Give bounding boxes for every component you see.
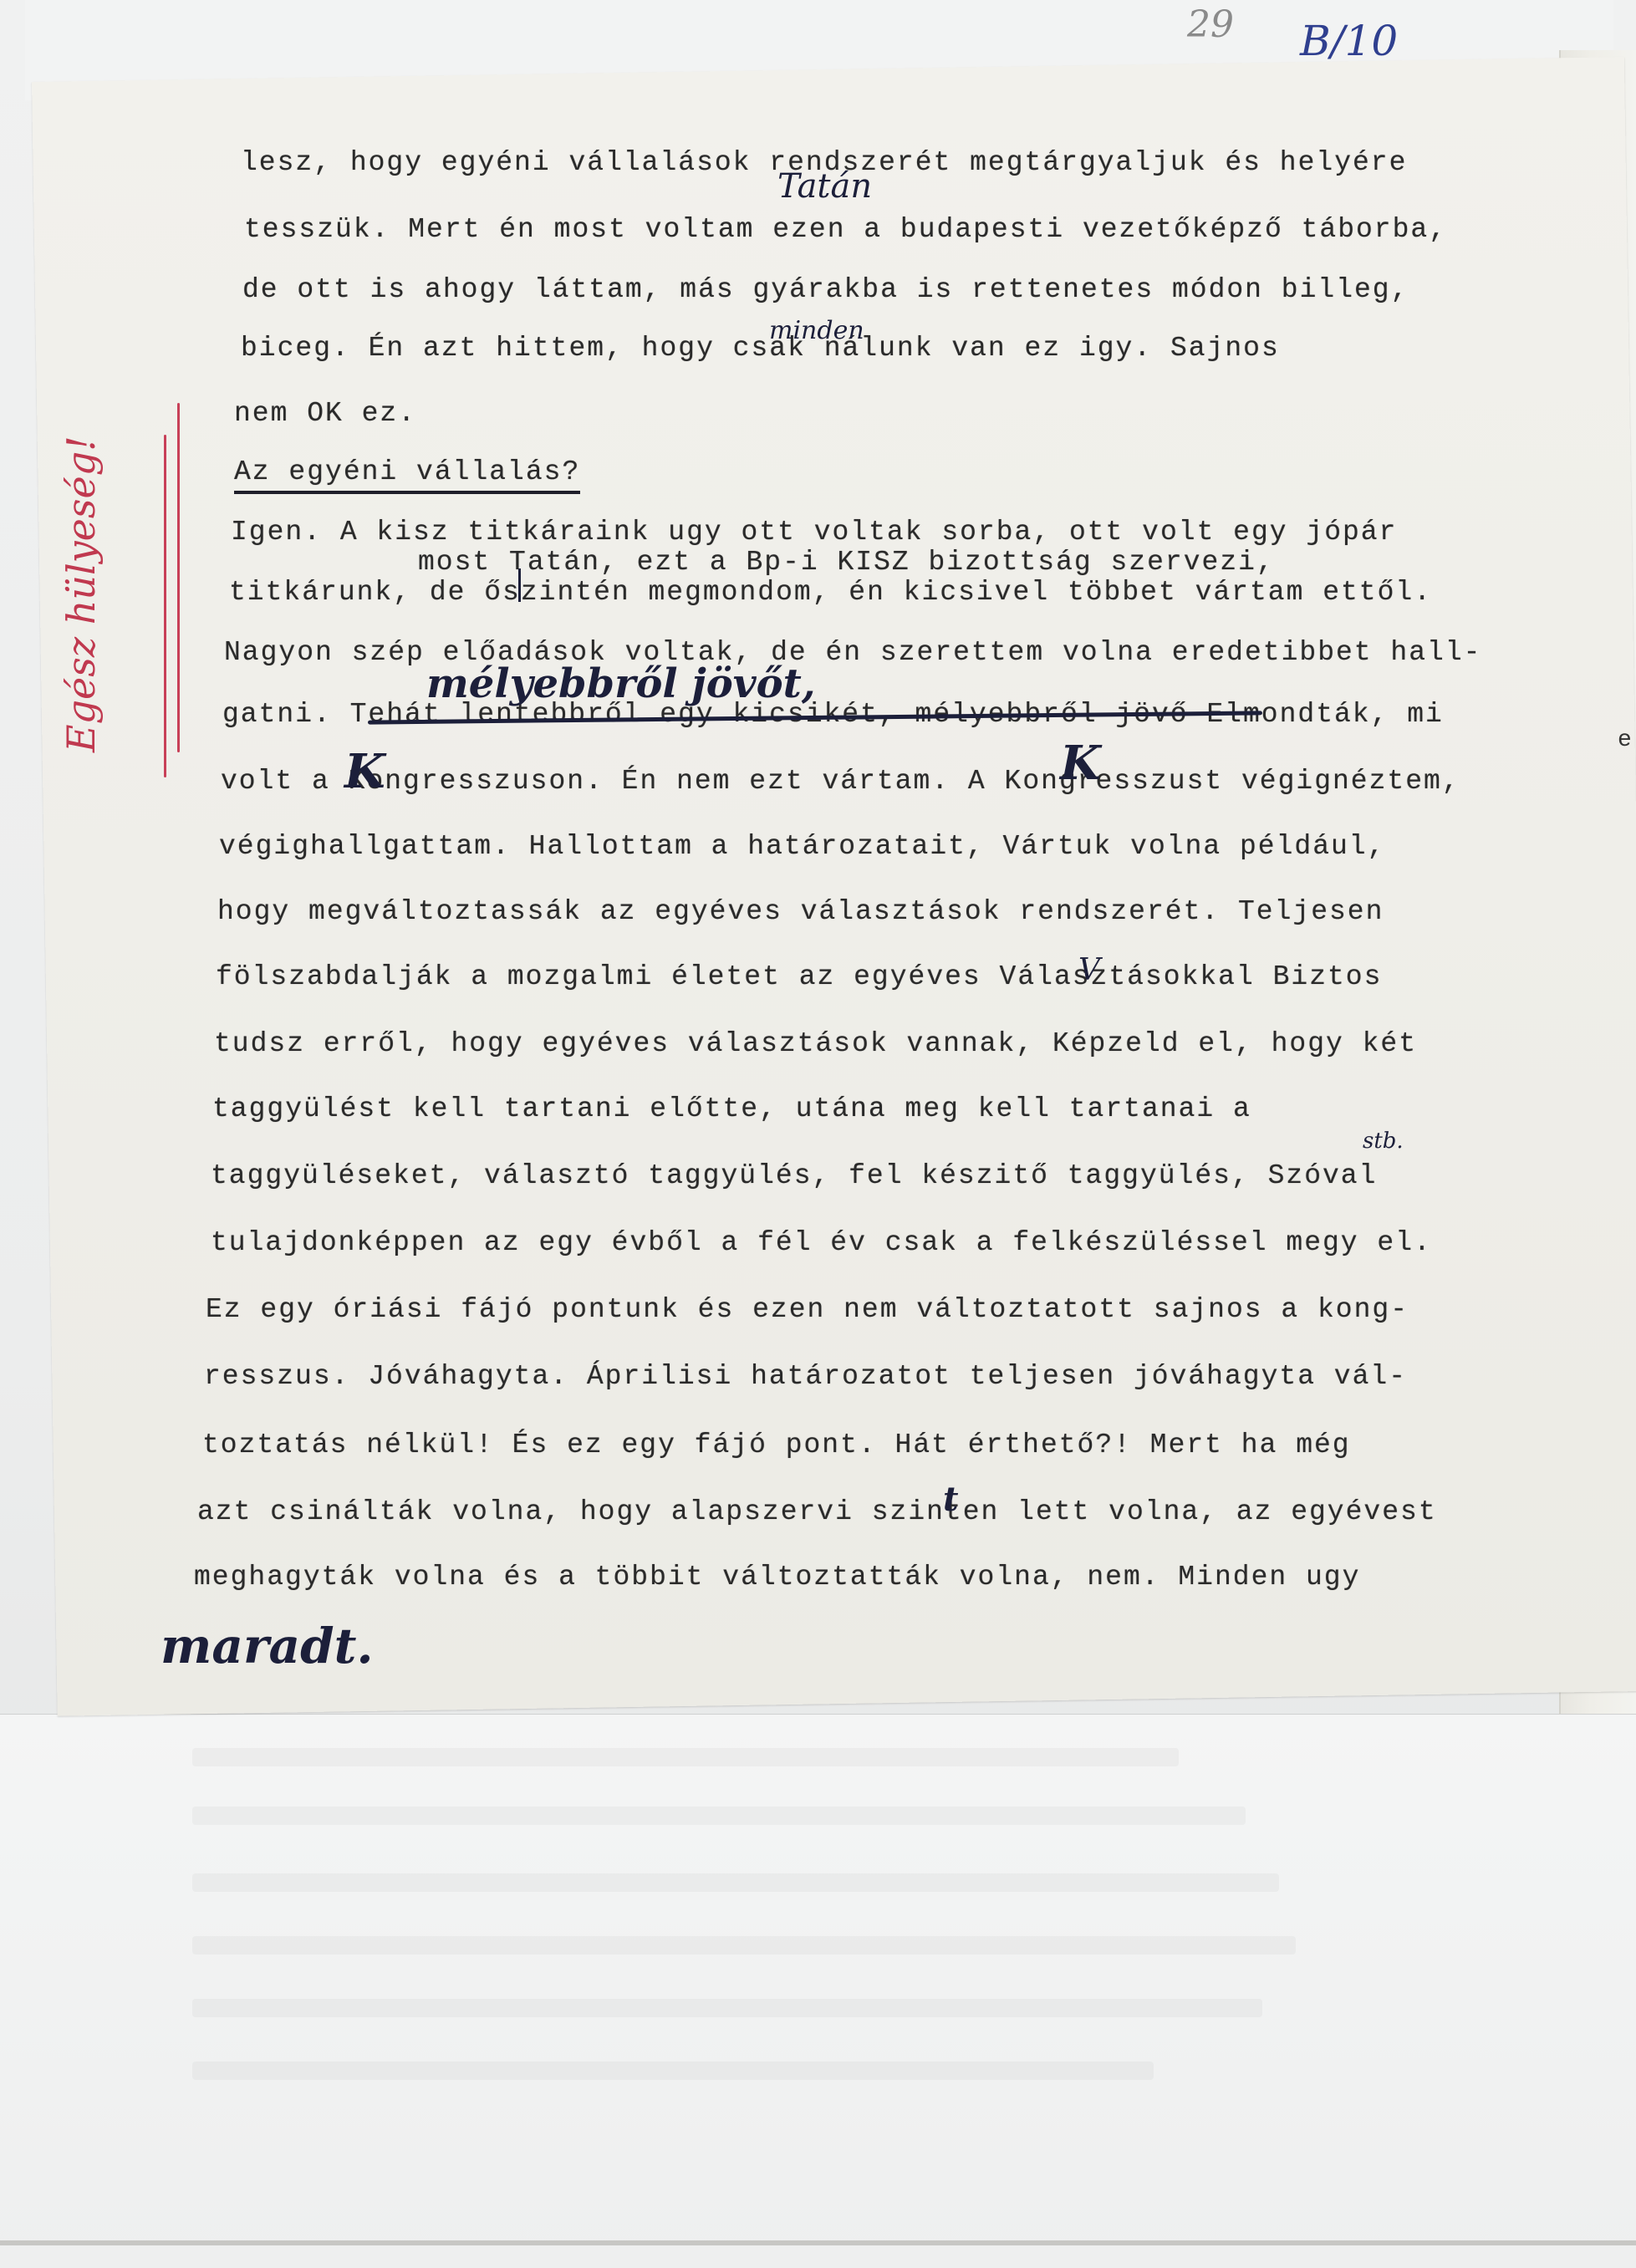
lower-sheet <box>0 1714 1636 2268</box>
handwritten-correction: K <box>344 744 385 799</box>
typed-interlinear-line: most Tatán, ezt a Bp-i KISZ bizottság sz… <box>418 548 1275 576</box>
typed-line: fölszabdalják a mozgalmi életet az egyév… <box>216 963 1382 991</box>
insertion-mark <box>518 568 521 602</box>
typed-line: azt csinálták volna, hogy alapszervi szi… <box>197 1498 1437 1526</box>
bleed-through-line <box>192 1807 1246 1825</box>
handwritten-correction: t <box>943 1480 958 1519</box>
bleed-through-line <box>192 1748 1179 1766</box>
folio-number: 29 <box>1187 3 1234 46</box>
margin-annotation: Egész hülyeség! <box>59 436 104 752</box>
typed-line: Nagyon szép előadások voltak, de én szer… <box>224 639 1481 666</box>
handwritten-insert: Tatán <box>777 167 872 206</box>
handwritten-correction: V <box>1078 953 1100 987</box>
typed-line: végighallgattam. Hallottam a határozatai… <box>219 833 1385 860</box>
typed-line: nem OK ez. <box>234 400 416 427</box>
typed-line: resszus. Jóváhagyta. Áprilisi határozato… <box>204 1363 1407 1390</box>
typed-line: Igen. A kisz titkáraink ugy ott voltak s… <box>231 518 1397 546</box>
typed-line: titkárunk, de őszintén megmondom, én kic… <box>229 578 1432 606</box>
margin-vertical-line <box>177 403 180 752</box>
bleed-through-line <box>192 2062 1154 2080</box>
typed-line: toztatás nélkül! És ez egy fájó pont. Há… <box>202 1431 1351 1459</box>
folio-reference: B/10 <box>1300 17 1398 65</box>
typed-line: taggyüléseket, választó taggyülés, fel k… <box>211 1162 1377 1190</box>
typed-line: Ez egy óriási fájó pontunk és ezen nem v… <box>206 1296 1409 1323</box>
typed-line: taggyülést kell tartani előtte, utána me… <box>212 1095 1251 1123</box>
typed-line: tesszük. Mert én most voltam ezen a buda… <box>244 216 1447 243</box>
handwritten-correction: K <box>1060 736 1101 791</box>
bleed-through-line <box>192 1999 1262 2017</box>
bleed-through-line <box>192 1936 1296 1955</box>
handwritten-insert: stb. <box>1363 1129 1404 1154</box>
handwritten-insert: minden <box>769 316 864 345</box>
typed-line: tudsz erről, hogy egyéves választások va… <box>214 1030 1417 1058</box>
typed-line: de ott is ahogy láttam, más gyárakba is … <box>242 276 1409 303</box>
paper-bottom-edge <box>0 2240 1636 2245</box>
bleed-through-line <box>192 1873 1279 1892</box>
handwritten-closing: maradt. <box>161 1618 374 1674</box>
typed-page <box>32 57 1636 1716</box>
typed-line: volt a Kongresszuson. Én nem ezt vártam.… <box>221 767 1460 795</box>
adjacent-page-fragment: e <box>1618 727 1632 753</box>
typed-line: hogy megváltoztassák az egyéves választá… <box>217 898 1384 925</box>
section-heading: Az egyéni vállalás? <box>234 458 580 494</box>
margin-vertical-line <box>164 435 166 777</box>
typed-line: tulajdonképpen az egy évből a fél év csa… <box>211 1229 1432 1256</box>
typed-line: biceg. Én azt hittem, hogy csak nálunk v… <box>241 334 1280 362</box>
handwritten-insert: mélyebbről jövőt, <box>426 660 816 707</box>
typed-line: meghagyták volna és a többit változtattá… <box>194 1563 1360 1591</box>
